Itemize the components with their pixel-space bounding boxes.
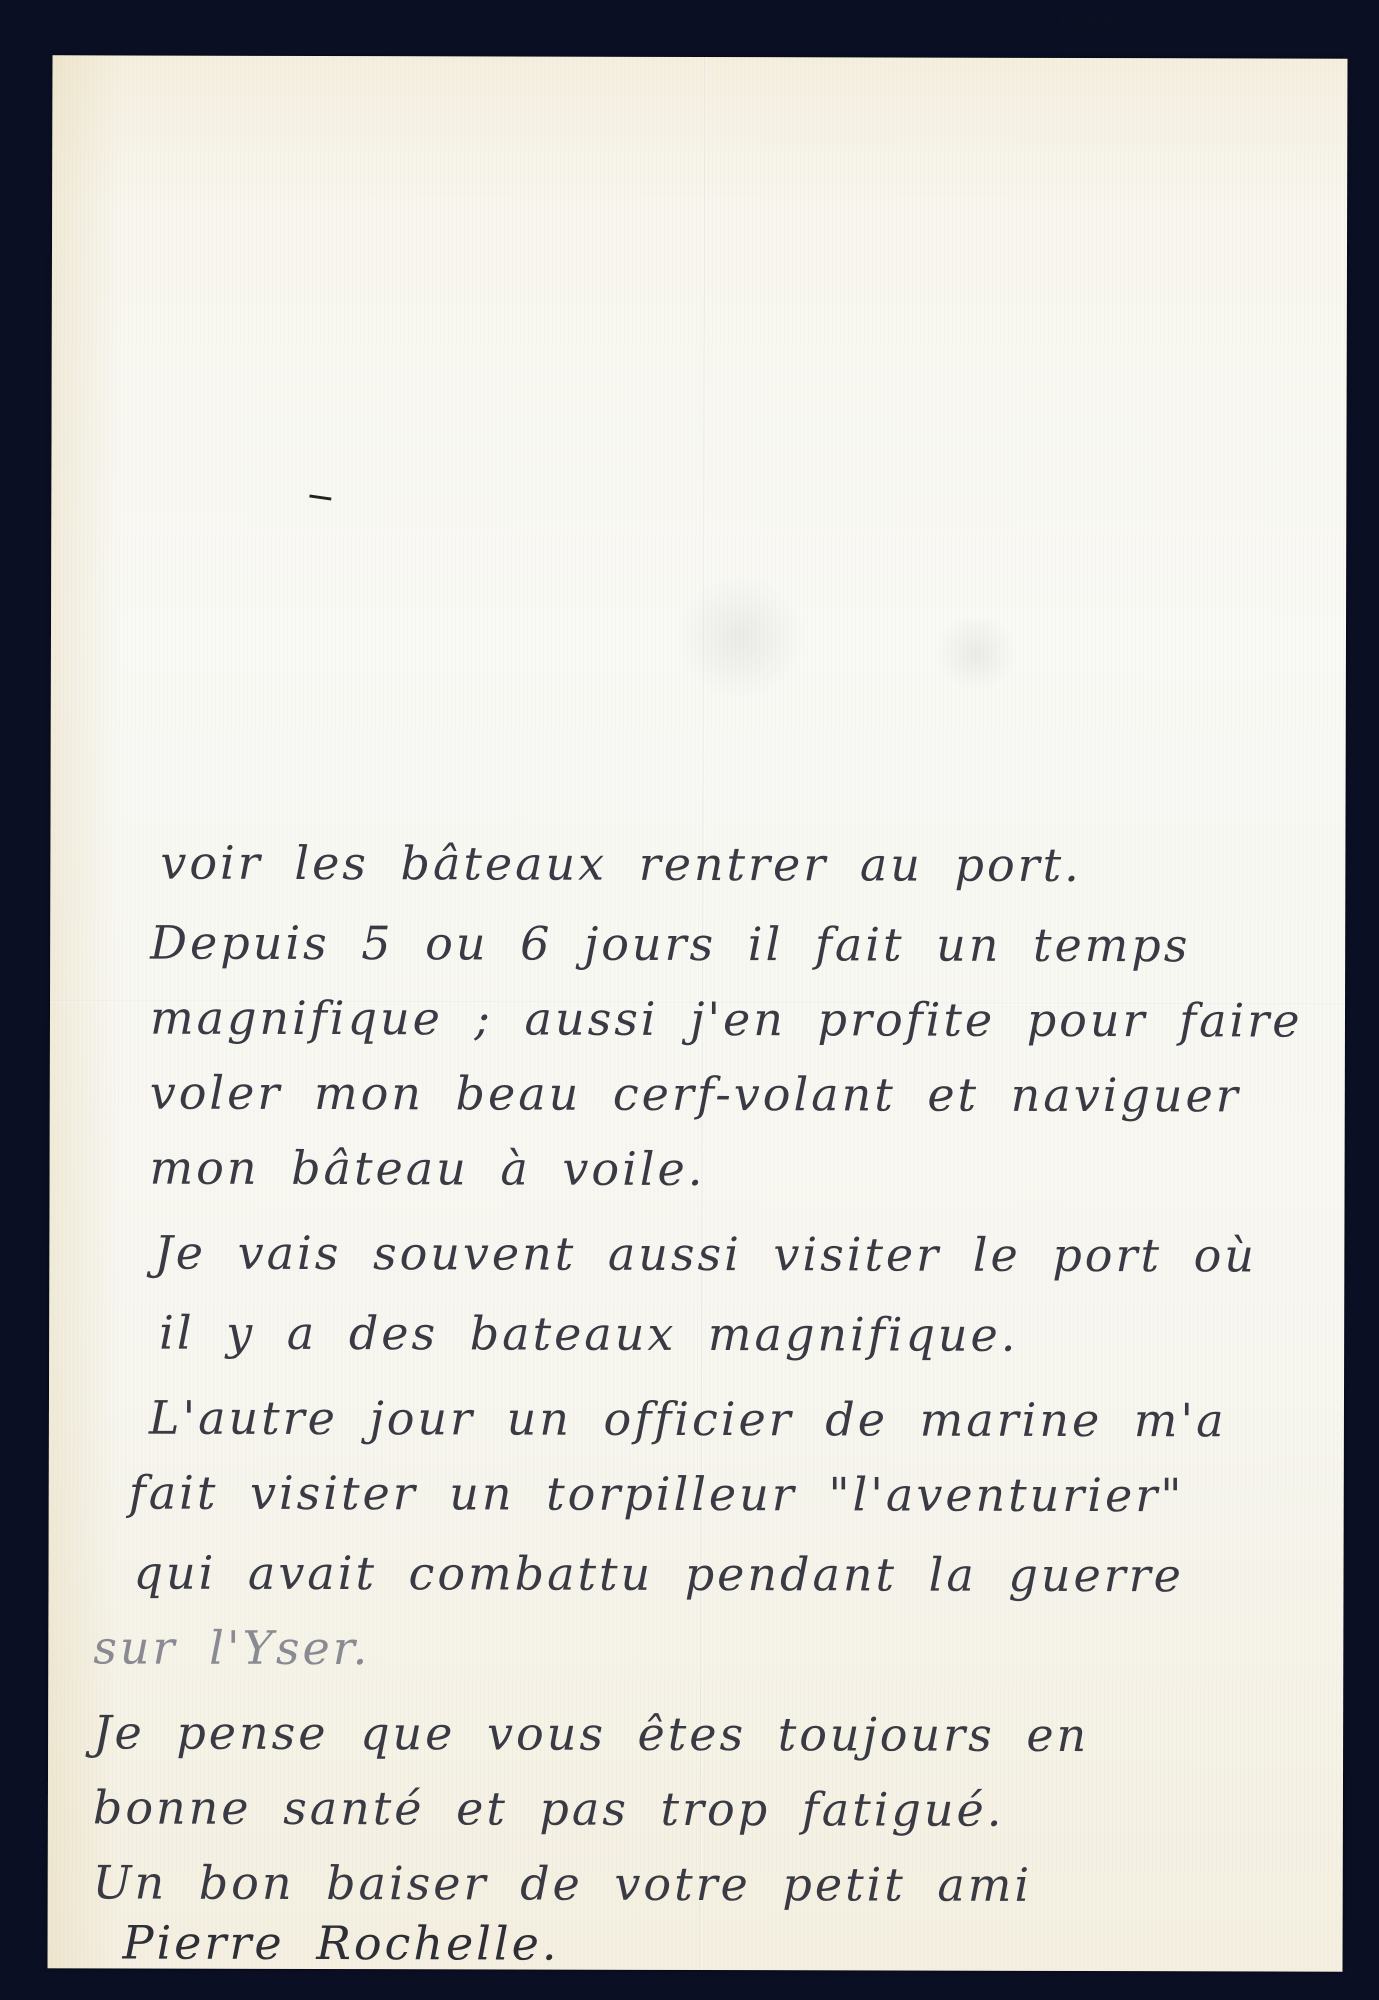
letter-line: magnifique ; aussi j'en profite pour fai… (150, 991, 1303, 1048)
letter-line: Un bon baiser de votre petit ami (93, 1855, 1033, 1911)
letter-line: voir les bâteaux rentrer au port. (160, 836, 1082, 892)
archive-number-label: 15848 (1055, 8, 1130, 32)
letter-line: bonne santé et pas trop fatigué. (93, 1780, 1005, 1836)
signature: Pierre Rochelle. (122, 1915, 559, 1970)
letter-line: sur l'Yser. (93, 1620, 370, 1675)
letter-line: Depuis 5 ou 6 jours il fait un temps (150, 916, 1190, 973)
letter-line: qui avait combattu pendant la guerre (133, 1546, 1184, 1603)
letter-line: Je pense que vous êtes toujours en (93, 1705, 1089, 1762)
letter-line: fait visiter un torpilleur "l'aventurier… (129, 1466, 1185, 1523)
letter-line: voler mon beau cerf-volant et naviguer (150, 1066, 1241, 1123)
letter-line: il y a des bateaux magnifique. (159, 1306, 1018, 1362)
letter-line: L'autre jour un officier de marine m'a (149, 1391, 1227, 1448)
letter-line: mon bâteau à voile. (150, 1141, 706, 1196)
letter-page: voir les bâteaux rentrer au port. Depuis… (47, 55, 1347, 1971)
letter-body: voir les bâteaux rentrer au port. Depuis… (47, 55, 1347, 1971)
letter-line: Je vais souvent aussi visiter le port où (154, 1226, 1257, 1283)
